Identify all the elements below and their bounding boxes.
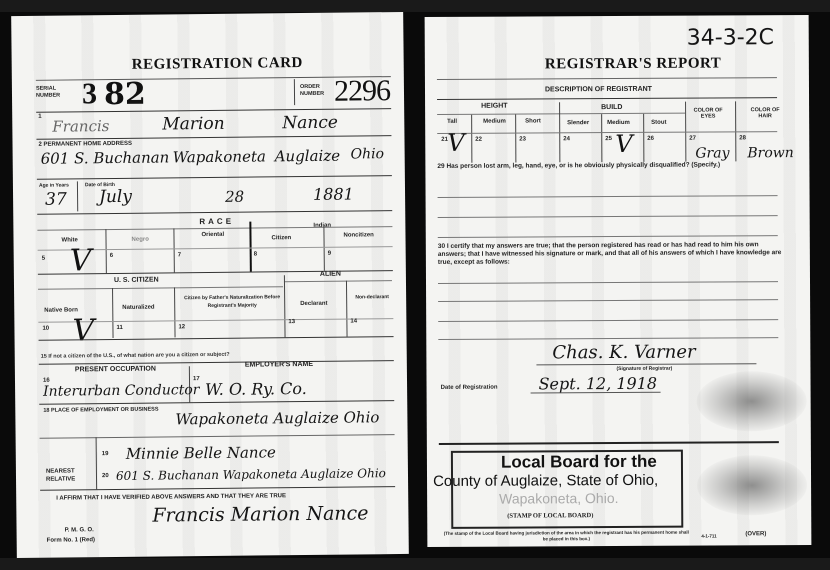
field-12-num: 12	[178, 324, 185, 330]
field-20-num: 20	[102, 473, 109, 479]
stamp-line-3: Wapakoneta, Ohio.	[499, 490, 618, 507]
form-ref-line1: P. M. G. O.	[65, 527, 94, 533]
scan-smudge-top	[696, 371, 806, 432]
report-title: REGISTRAR'S REPORT	[545, 55, 722, 73]
order-number: 2296	[334, 74, 390, 109]
description-header: DESCRIPTION OF REGISTRANT	[545, 86, 652, 94]
name-last: Nance	[282, 113, 338, 134]
height-col-medium: Medium	[483, 119, 506, 125]
relative-address: 601 S. Buchanan Wapakoneta Auglaize Ohio	[116, 466, 386, 483]
citizen-col-by-father: Citizen by Father's Naturalization Befor…	[182, 293, 282, 310]
film-edge-bottom	[0, 558, 830, 570]
occupation-header: PRESENT OCCUPATION	[75, 366, 156, 374]
relative-name: Minnie Belle Nance	[126, 443, 276, 463]
field-29-text: 29 Has person lost arm, leg, hand, eye, …	[437, 161, 777, 171]
field-28-num: 28	[739, 135, 746, 141]
race-col-negro: Negro	[131, 237, 148, 243]
employer-header: EMPLOYER'S NAME	[245, 361, 313, 369]
occupation-value: Interurban Conductor	[43, 382, 200, 400]
field-26-num: 26	[647, 136, 654, 142]
field-23-num: 23	[519, 136, 526, 142]
birth-day: 28	[225, 188, 244, 206]
alien-col-declarant: Declarant	[300, 301, 327, 307]
affirmation-text: I AFFIRM THAT I HAVE VERIFIED ABOVE ANSW…	[56, 493, 286, 501]
height-header: HEIGHT	[481, 103, 507, 110]
build-col-medium: Medium	[607, 120, 630, 126]
build-header: BUILD	[601, 104, 622, 111]
citizen-col-naturalized: Naturalized	[122, 305, 154, 311]
field-7-num: 7	[178, 252, 181, 258]
birth-year: 1881	[313, 184, 354, 203]
registrar-signature: Chas. K. Varner	[552, 342, 695, 364]
stamp-note: (The stamp of the Local Board having jur…	[441, 530, 691, 543]
race-col-oriental: Oriental	[201, 232, 224, 238]
build-col-slender: Slender	[567, 120, 589, 126]
file-number: 34-3-2C	[687, 25, 774, 50]
address-street: 601 S. Buchanan	[41, 148, 170, 167]
field-6-num: 6	[110, 253, 113, 259]
field-22-num: 22	[475, 137, 482, 143]
form-ref-line2: Form No. 1 (Red)	[47, 537, 95, 544]
name-first: Francis	[52, 117, 109, 136]
serial-number-b: 82	[104, 77, 146, 112]
us-citizen-header: U. S. CITIZEN	[114, 277, 159, 284]
height-col-tall: Tall	[447, 119, 457, 125]
build-col-stout: Stout	[651, 120, 666, 126]
hair-color-value: Brown	[747, 145, 794, 161]
field-1-num: 1	[38, 114, 41, 120]
race-col-noncitizen: Noncitizen	[343, 232, 373, 238]
serial-number-a: 3	[82, 77, 97, 111]
card-title: REGISTRATION CARD	[132, 55, 303, 74]
field-11-num: 11	[116, 325, 122, 331]
name-middle: Marion	[162, 114, 225, 135]
eye-color-value: Gray	[695, 145, 729, 161]
nearest-relative-label: NEAREST RELATIVE	[46, 467, 86, 483]
field-27-num: 27	[689, 136, 696, 142]
field-19-num: 19	[102, 451, 109, 457]
eyes-header: COLOR OF EYES	[689, 107, 727, 119]
field-8-num: 8	[254, 252, 257, 258]
registrant-signature: Francis Marion Nance	[152, 502, 368, 526]
field-5-num: 5	[42, 256, 45, 262]
build-medium-check: V	[615, 130, 632, 158]
age-value: 37	[45, 189, 67, 209]
stamp-label: (STAMP OF LOCAL BOARD)	[507, 512, 593, 519]
field-10-num: 10	[42, 326, 49, 332]
height-tall-check: V	[447, 129, 464, 157]
address-label: 2 PERMANENT HOME ADDRESS	[38, 141, 132, 148]
stamp-line-2: County of Auglaize, State of Ohio,	[433, 472, 658, 490]
employer-value: W. O. Ry. Co.	[205, 379, 307, 399]
hair-header: COLOR OF HAIR	[745, 107, 785, 119]
age-label: Age in Years	[39, 182, 69, 188]
over-label: (OVER)	[745, 531, 766, 537]
field-15-label: 15 If not a citizen of the U.S., of what…	[41, 352, 230, 360]
registrars-report-back: 34-3-2C REGISTRAR'S REPORT DESCRIPTION O…	[425, 15, 812, 547]
alien-col-nondeclarant: Non-declarant	[352, 294, 392, 300]
field-14-num: 14	[350, 318, 357, 324]
height-col-short: Short	[525, 118, 541, 124]
employment-place-label: 18 PLACE OF EMPLOYMENT OR BUSINESS	[43, 407, 158, 414]
field-25-num: 25	[605, 136, 612, 142]
registration-card-front: REGISTRATION CARD SERIAL NUMBER 3 82 ORD…	[11, 12, 409, 558]
native-born-check: V	[72, 313, 94, 348]
registrar-signature-label: (Signature of Registrar)	[616, 366, 672, 372]
address-city: Wapakoneta	[173, 147, 266, 166]
form-code: 4-1-711	[701, 533, 716, 538]
address-state: Ohio	[351, 146, 385, 162]
address-county: Auglaize	[275, 147, 341, 166]
serial-number-label: SERIAL NUMBER	[36, 85, 78, 99]
registration-date-label: Date of Registration	[441, 385, 498, 391]
scan-smudge-bottom	[697, 455, 807, 516]
field-13-num: 13	[288, 319, 295, 325]
alien-header: ALIEN	[320, 271, 341, 278]
birth-month: July	[99, 187, 132, 207]
registration-date-value: Sept. 12, 1918	[538, 374, 657, 394]
field-24-num: 24	[563, 136, 570, 142]
race-col-citizen: Citizen	[271, 235, 291, 241]
film-edge-top	[0, 0, 830, 12]
stamp-line-1: Local Board for the	[501, 452, 657, 473]
race-header: RACE	[199, 217, 234, 226]
field-9-num: 9	[328, 251, 331, 257]
employment-place-value: Wapakoneta Auglaize Ohio	[175, 408, 379, 428]
field-30-text: 30 I certify that my answers are true; t…	[438, 241, 782, 267]
